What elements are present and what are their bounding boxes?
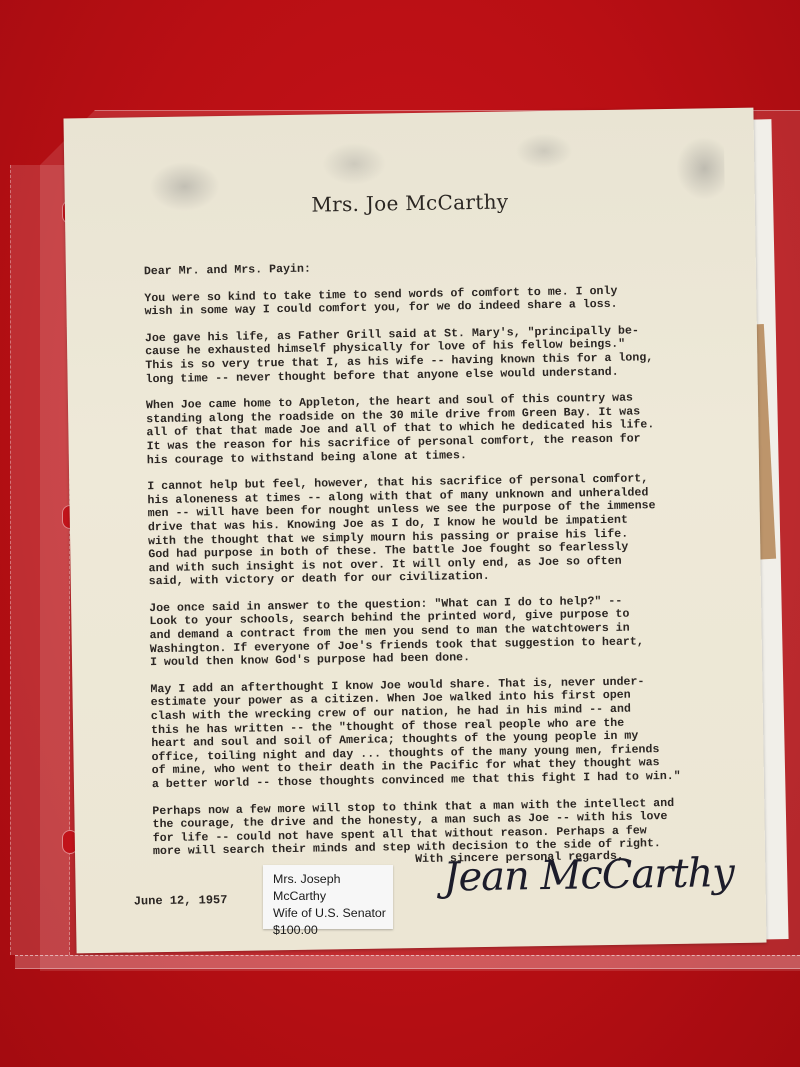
sleeve-bottom-weld bbox=[15, 955, 800, 969]
paragraph: Joe once said in answer to the question:… bbox=[149, 593, 750, 670]
paragraph: When Joe came home to Appleton, the hear… bbox=[146, 390, 747, 467]
paragraph: I cannot help but feel, however, that hi… bbox=[147, 471, 749, 589]
price-card: Mrs. Joseph McCarthy Wife of U.S. Senato… bbox=[263, 865, 393, 929]
paragraph: Joe gave his life, as Father Grill said … bbox=[145, 323, 746, 387]
price-card-description: Wife of U.S. Senator bbox=[273, 905, 393, 922]
paragraph: Perhaps now a few more will stop to thin… bbox=[152, 795, 753, 859]
paragraph: May I add an afterthought I know Joe wou… bbox=[150, 674, 752, 792]
salutation: Dear Mr. and Mrs. Payin: bbox=[144, 256, 744, 279]
paper-stains bbox=[124, 118, 726, 247]
binder-strip bbox=[10, 165, 70, 955]
price-card-price: $100.00 bbox=[273, 922, 393, 939]
paragraph: You were so kind to take time to send wo… bbox=[144, 282, 744, 319]
signature: Jean McCarthy bbox=[443, 850, 734, 901]
letter-body: Dear Mr. and Mrs. Payin: You were so kin… bbox=[144, 256, 753, 872]
price-card-name: Mrs. Joseph McCarthy bbox=[273, 871, 393, 905]
letter-page: Mrs. Joe McCarthy Dear Mr. and Mrs. Payi… bbox=[63, 108, 766, 954]
letter-date: June 12, 1957 bbox=[134, 893, 228, 908]
